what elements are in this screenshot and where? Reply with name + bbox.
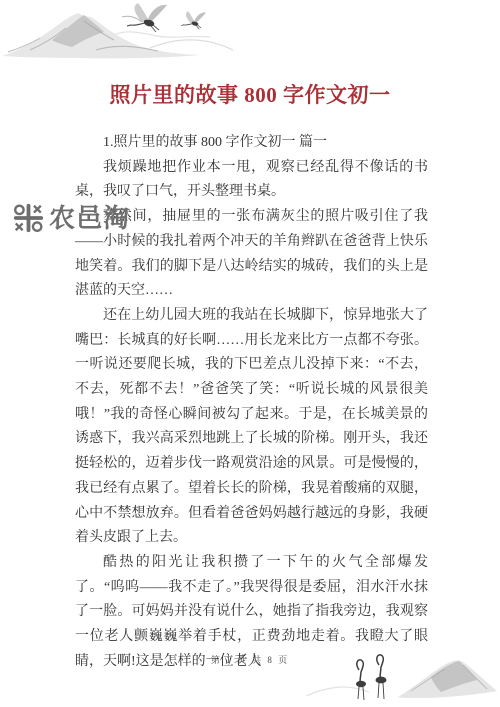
watermark: 农邑淘 <box>12 203 130 233</box>
watermark-logo-icon <box>12 203 45 233</box>
essay-paragraph: 还在上幼儿园大班的我站在长城脚下，惊异地张大了嘴巴：长城真的好长啊……用长龙来比… <box>75 304 428 551</box>
essay-paragraph: 1.照片里的故事 800 字作文初一 篇一 <box>75 131 428 156</box>
watermark-text: 农邑淘 <box>49 205 130 231</box>
essay-paragraph: 我烦躁地把作业本一甩，观察已经乱得不像话的书桌，我叹了口气，开头整理书桌。 <box>75 156 428 205</box>
document-page: 照片里的故事 800 字作文初一 1.照片里的故事 800 字作文初一 篇一我烦… <box>0 0 500 707</box>
page-title: 照片里的故事 800 字作文初一 <box>0 79 500 109</box>
flying-cranes-icon <box>112 1 212 41</box>
page-number-label: 第 1 页 共 8 页 <box>0 653 500 666</box>
ink-mountain-top-left-icon <box>0 8 235 60</box>
